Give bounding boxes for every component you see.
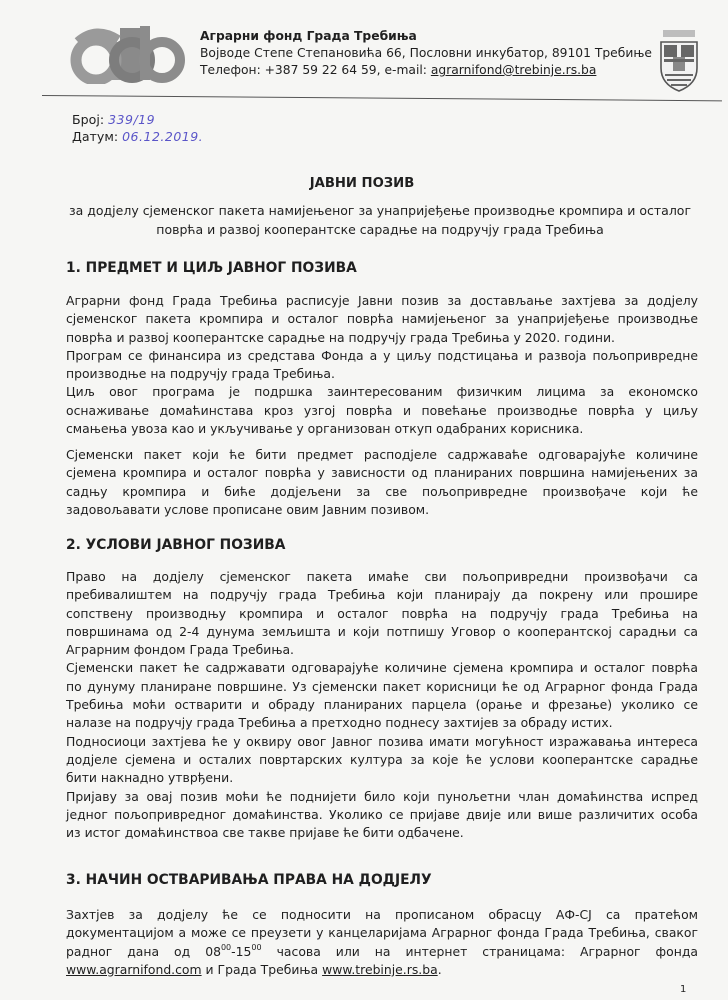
afb-logo-icon xyxy=(66,22,186,84)
section-1-heading: 1. ПРЕДМЕТ И ЦИЉ ЈАВНОГ ПОЗИВА xyxy=(66,260,357,276)
organization-info: Аграрни фонд Града Требиња Војводе Степе… xyxy=(200,28,652,79)
document-subtitle: за додјелу сјеменског пакета намијењеног… xyxy=(60,201,700,239)
header-divider xyxy=(42,95,722,101)
document-date: Датум: 06.12.2019. xyxy=(72,128,203,145)
document-title: ЈАВНИ ПОЗИВ xyxy=(70,176,654,191)
section-1-paragraph-2: Сјеменски пакет који ће бити предмет рас… xyxy=(66,446,698,519)
document-number-value: 339/19 xyxy=(108,112,155,127)
page-number: 1 xyxy=(680,984,686,995)
document-number: Број: 339/19 xyxy=(72,111,203,128)
section-3-paragraph: Захтјев за додјелу ће се подносити на пр… xyxy=(66,906,698,979)
section-1-paragraph-1: Аграрни фонд Града Требиња расписује Јав… xyxy=(66,292,698,438)
trebinje-coat-of-arms-icon xyxy=(657,30,701,92)
city-website-link[interactable]: www.trebinje.rs.ba xyxy=(322,962,438,977)
document-date-value: 06.12.2019. xyxy=(122,129,203,144)
document-page: Аграрни фонд Града Требиња Војводе Степе… xyxy=(0,0,728,1000)
organization-name: Аграрни фонд Града Требиња xyxy=(200,28,652,45)
document-meta: Број: 339/19 Датум: 06.12.2019. xyxy=(72,111,203,145)
section-3-heading: 3. НАЧИН ОСТВАРИВАЊА ПРАВА НА ДОДЈЕЛУ xyxy=(66,872,432,888)
section-2-heading: 2. УСЛОВИ ЈАВНОГ ПОЗИВА xyxy=(66,537,285,553)
organization-address: Војводе Степе Степановића 66, Пословни и… xyxy=(200,45,652,62)
fund-website-link[interactable]: www.agrarnifond.com xyxy=(66,962,202,977)
section-2-paragraph: Право на додјелу сјеменског пакета имаће… xyxy=(66,568,698,842)
email-link[interactable]: agrarnifond@trebinje.rs.ba xyxy=(431,63,597,77)
organization-contact: Телефон: +387 59 22 64 59, e-mail: agrar… xyxy=(200,62,652,79)
